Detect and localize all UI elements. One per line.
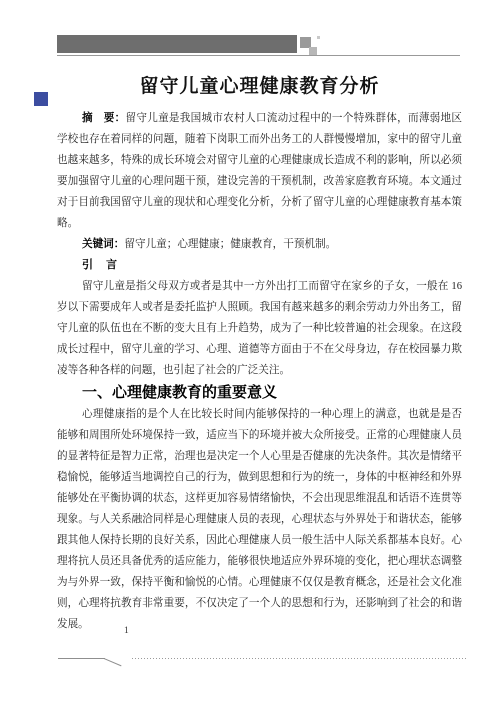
abstract-text: 留守儿童是我国城市农村人口流动过程中的一个特殊群体，而薄弱地区学校也存在着同样的… bbox=[57, 113, 462, 229]
page-title: 留守儿童心理健康教育分析 bbox=[57, 71, 462, 98]
section1-paragraph: 心理健康指的是个人在比较长时间内能够保持的一种心理上的满意，也就是是否能够和周围… bbox=[57, 404, 462, 635]
abstract-label: 摘 要： bbox=[82, 112, 125, 124]
header-decor-dot bbox=[317, 36, 320, 39]
section1-heading: 一、心理健康教育的重要意义 bbox=[57, 381, 462, 404]
header-decor-bar bbox=[57, 35, 297, 53]
keywords-label: 关键词： bbox=[82, 238, 124, 250]
introduction-heading: 引 言 bbox=[57, 255, 462, 276]
page-number: 1 bbox=[124, 626, 129, 636]
keywords-line: 关键词：留守儿童；心理健康；健康教育，干预机制。 bbox=[57, 234, 462, 255]
footer-dotted-line bbox=[132, 658, 468, 659]
accent-decor-square bbox=[34, 92, 48, 106]
introduction-paragraph: 留守儿童是指父母双方或者是其中一方外出打工而留守在家乡的子女，一般在 16 岁以… bbox=[57, 276, 462, 381]
document-page: 留守儿童心理健康教育分析 摘 要：留守儿童是我国城市农村人口流动过程中的一个特殊… bbox=[0, 0, 500, 707]
abstract-paragraph: 摘 要：留守儿童是我国城市农村人口流动过程中的一个特殊群体，而薄弱地区学校也存在… bbox=[57, 108, 462, 234]
document-body: 摘 要：留守儿童是我国城市农村人口流动过程中的一个特殊群体，而薄弱地区学校也存在… bbox=[57, 108, 462, 635]
keywords-text: 留守儿童；心理健康；健康教育，干预机制。 bbox=[124, 239, 336, 250]
header-rule-line bbox=[57, 55, 460, 56]
header-decor-square-small bbox=[309, 47, 317, 55]
footer-separator-line bbox=[58, 658, 105, 659]
footer-separator-diagonal bbox=[104, 658, 122, 666]
